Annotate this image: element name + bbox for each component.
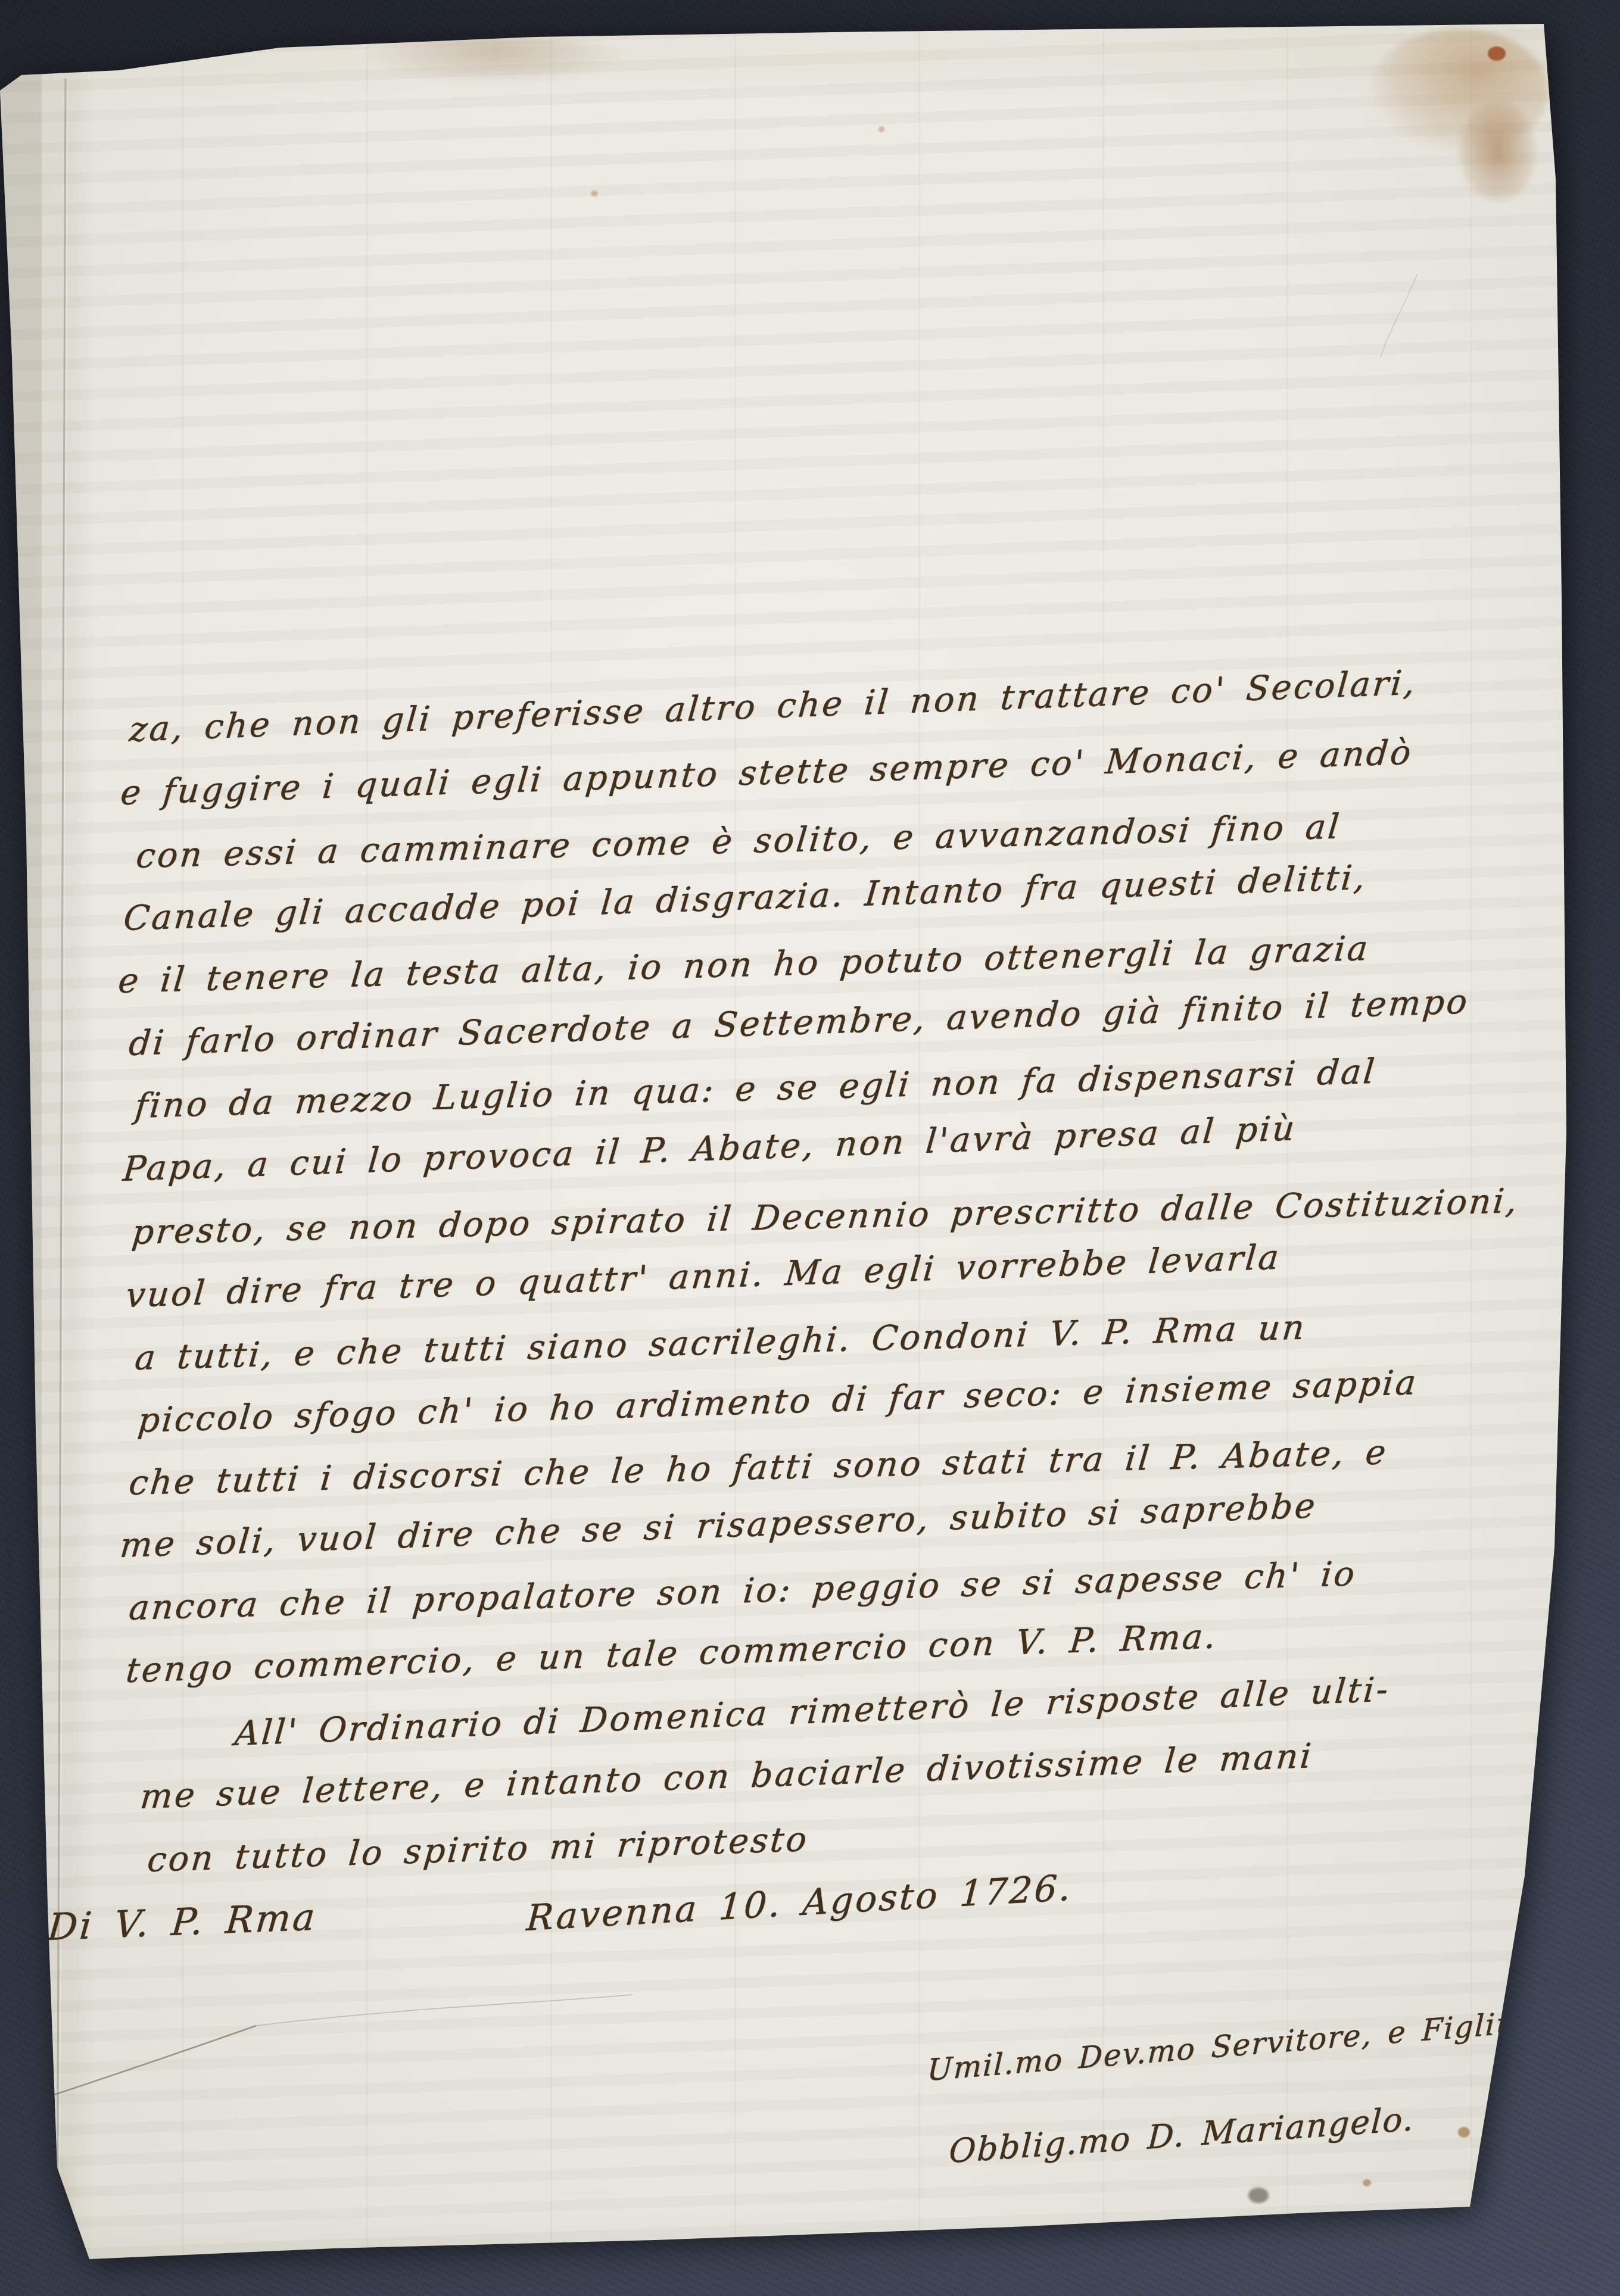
manuscript-photo: za, che non gli preferisse altro che il … <box>0 0 1620 2296</box>
paper-sheet: za, che non gli preferisse altro che il … <box>0 0 1620 2296</box>
letter-line-11: a tutti, e che tutti siano sacrileghi. C… <box>133 1311 1308 1375</box>
fox-spot-4 <box>878 126 884 132</box>
fox-spot-3 <box>591 191 598 196</box>
stain-top-right-large <box>1370 29 1549 154</box>
signature-line-1: Umil.mo Dev.mo Servitore, e Figliuolo <box>927 2004 1566 2085</box>
letter-line-19: con tutto lo spirito mi riprotesto <box>146 1823 810 1877</box>
letter-line-2: e fuggire i quali egli appunto stette se… <box>119 736 1415 810</box>
fox-spot-2 <box>1363 2179 1371 2186</box>
fox-spot-1 <box>1458 2127 1470 2138</box>
letter-line-15: ancora che il propalatore son io: peggio… <box>127 1557 1358 1626</box>
letter-line-1: za, che non gli preferisse altro che il … <box>128 666 1418 747</box>
ink-blot-bottom <box>1248 2188 1269 2203</box>
letter-line-8: Papa, a cui lo provoca il P. Abate, non … <box>121 1112 1298 1187</box>
letter-line-16: tengo commercio, e un tale commercio con… <box>124 1620 1219 1688</box>
letter-line-12: piccolo sfogo ch' io ho ardimento di far… <box>136 1366 1419 1438</box>
signature-line-2: Obblig.mo D. Mariangelo. <box>948 2102 1415 2168</box>
letter-line-3: con essi a camminare come è solito, e av… <box>135 810 1342 874</box>
stain-bottom-left <box>2 2144 74 2257</box>
letter-line-18: me sue lettere, e intanto con baciarle d… <box>139 1739 1314 1814</box>
dateline: Ravenna 10. Agosto 1726. <box>525 1870 1074 1936</box>
letter-line-9: presto, se non dopo spirato il Decennio … <box>130 1184 1521 1250</box>
stain-top-right-small <box>1459 101 1537 202</box>
letter-line-5: e il tenere la testa alta, io non ho pot… <box>117 932 1371 999</box>
letter-line-10: vuol dire fra tre o quattr' anni. Ma egl… <box>124 1240 1282 1313</box>
letter-line-14: me soli, vuol dire che se si risapessero… <box>119 1489 1319 1563</box>
stain-red-spot <box>1488 46 1506 61</box>
valediction: Di V. P. Rma <box>46 1898 319 1946</box>
paper-sheet-wrap: za, che non gli preferisse altro che il … <box>0 0 1620 2296</box>
stain-top-edge-smudge <box>357 37 631 85</box>
letter-line-6: di farlo ordinar Sacerdote a Settembre, … <box>127 985 1471 1061</box>
letter-line-4: Canale gli accadde poi la disgrazia. Int… <box>122 861 1369 936</box>
